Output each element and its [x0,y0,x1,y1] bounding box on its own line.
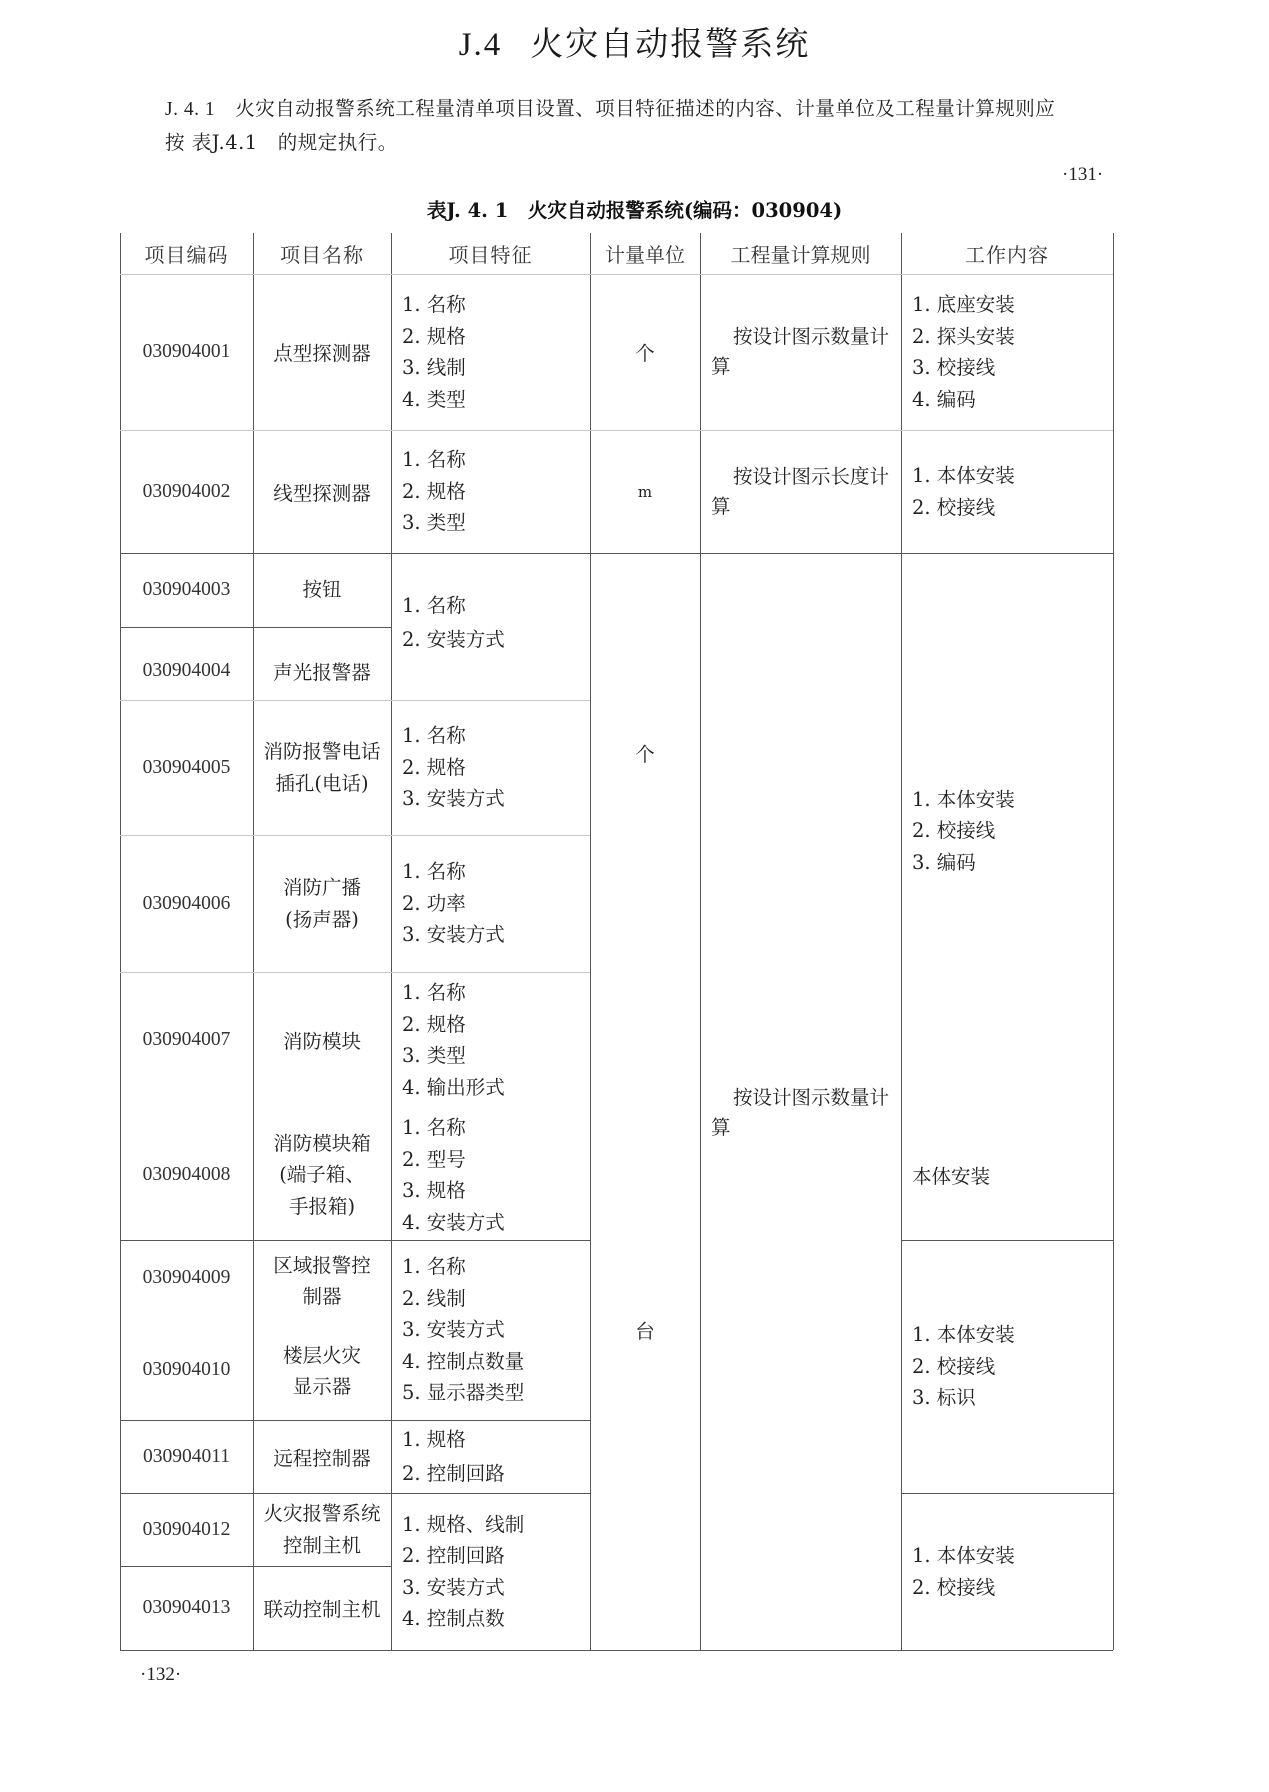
item-features: 1. 名称 2. 规格 3. 线制 4. 类型 [391,274,590,430]
item-code: 030904012 [120,1493,253,1566]
item-code: 030904006 [120,835,253,972]
work-content: 1. 本体安装 2. 校接线 [901,1493,1113,1650]
page-number-bottom: ·132· [140,1664,181,1686]
item-name: 联动控制主机 [253,1566,391,1650]
item-code: 030904011 [120,1420,253,1493]
item-name: 区域报警控 制器 [253,1248,391,1314]
item-features: 1. 名称 2. 安装方式 [391,553,590,693]
calc-rule: 按设计图示长度计算 [700,430,901,553]
intro-line-2: 按 表J.4.1 的规定执行。 [165,126,1165,159]
item-name: 火灾报警系统 控制主机 [253,1493,391,1566]
item-name: 远程控制器 [253,1420,391,1493]
work-content: 1. 本体安装 2. 校接线 [901,430,1113,553]
work-content: 本体安装 [901,1160,1113,1190]
item-name: 楼层火灾 显示器 [253,1338,391,1404]
item-unit: 个 [590,274,700,430]
item-name: 消防模块箱 (端子箱、 手报箱) [253,1120,391,1230]
item-name: 消防模块 [253,1025,391,1055]
item-name: 消防广播 (扬声器) [253,835,391,972]
header-work: 工作内容 [901,233,1113,274]
item-unit: 个 [590,553,700,953]
item-features: 1. 名称 2. 规格 3. 安装方式 [391,700,590,835]
clause-number: J. 4. 1 [165,99,215,120]
item-features: 1. 名称 2. 线制 3. 安装方式 4. 控制点数量 5. 显示器类型 [391,1240,590,1420]
header-name: 项目名称 [253,233,391,274]
row-divider [120,972,590,973]
table-border-bottom [120,1650,1113,1651]
item-code: 030904009 [120,1263,253,1293]
work-content: 1. 底座安装 2. 探头安装 3. 校接线 4. 编码 [901,274,1113,430]
item-features: 1. 名称 2. 规格 3. 类型 4. 输出形式 [391,975,590,1105]
header-unit: 计量单位 [590,233,700,274]
work-content: 1. 本体安装 2. 校接线 3. 编码 [901,783,1113,879]
item-name: 线型探测器 [253,430,391,553]
calc-rule: 按设计图示数量计算 [700,274,901,430]
item-features: 1. 规格、线制 2. 控制回路 3. 安装方式 4. 控制点数 [391,1493,590,1650]
item-code: 030904010 [120,1355,253,1385]
intro-line-1: J. 4. 1 火灾自动报警系统工程量清单项目设置、项目特征描述的内容、计量单位… [165,92,1165,126]
page-number-top: ·131· [1062,164,1103,186]
item-code: 030904003 [120,553,253,627]
item-features: 1. 规格 2. 控制回路 [391,1420,590,1493]
item-unit: 台 [590,1270,700,1390]
table-border-right [1113,233,1114,1650]
item-name: 点型探测器 [253,274,391,430]
section-number: J.4 [459,27,503,63]
item-code: 030904013 [120,1566,253,1650]
table-caption: 表J. 4. 1 火灾自动报警系统(编码：030904) [0,195,1269,223]
item-code: 030904002 [120,430,253,553]
work-content: 1. 本体安装 2. 校接线 3. 标识 [901,1240,1113,1493]
calc-rule: 按设计图示数量计算 [700,553,901,1650]
header-features: 项目特征 [391,233,590,274]
item-features: 1. 名称 2. 型号 3. 规格 4. 安装方式 [391,1110,590,1240]
item-name: 消防报警电话 插孔(电话) [253,700,391,835]
header-code: 项目编码 [120,233,253,274]
item-features: 1. 名称 2. 规格 3. 类型 [391,430,590,553]
item-code: 030904008 [120,1160,253,1190]
section-name: 火灾自动报警系统 [530,24,810,63]
item-name: 按钮 [253,553,391,623]
item-code: 030904005 [120,700,253,835]
item-unit: m [590,430,700,553]
item-code: 030904007 [120,1025,253,1055]
header-rule: 工程量计算规则 [700,233,901,274]
section-title: J.4火灾自动报警系统 [0,18,1269,65]
item-code: 030904001 [120,274,253,430]
item-features: 1. 名称 2. 功率 3. 安装方式 [391,835,590,972]
